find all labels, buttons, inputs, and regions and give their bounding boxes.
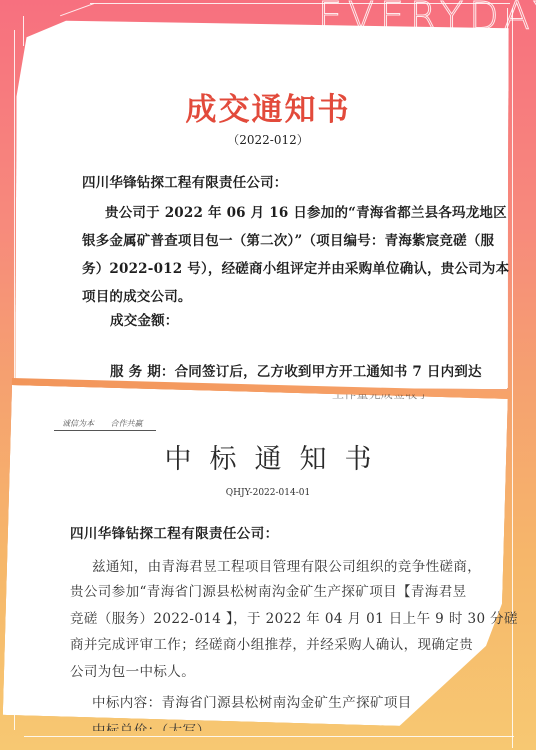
transaction-notice-number: （2022-012） xyxy=(0,131,536,148)
transaction-amount-label: 成交金额： xyxy=(110,309,179,329)
frame-line-top xyxy=(90,3,510,4)
frame-line-left-inner xyxy=(23,16,24,46)
transaction-notice-body-line: 银多金属矿普查项目包一（第二次）”（项目编号：青海紫宸竞磋（服 xyxy=(82,229,494,249)
transaction-notice-title: 成交通知书 xyxy=(0,84,536,129)
transaction-notice-body-line: 项目的成交公司。 xyxy=(82,285,192,305)
service-period-line: 服 务 期：合同签订后，乙方收到甲方开工通知书 7 日内到达 xyxy=(110,360,482,380)
bid-award-notice-recipient: 四川华锋钻探工程有限责任公司： xyxy=(70,522,279,542)
bid-content-line: 中标内容：青海省门源县松树南沟金矿生产探矿项目 xyxy=(92,691,412,711)
bid-award-notice-body-line: 商并完成评审工作；经磋商小组推荐，并经采购人确认，现确定贵 xyxy=(70,633,473,653)
bid-award-notice-body-line: 贵公司参加“青海省门源县松树南沟金矿生产探矿项目【青海君昱 xyxy=(70,580,467,600)
bid-award-notice-body-line: 兹通知，由青海君昱工程项目管理有限公司组织的竞争性磋商， xyxy=(92,555,481,575)
frame-line-top-diagonal xyxy=(60,3,94,16)
transaction-notice-body-line: 务）2022-012 号），经磋商小组评定并由采购单位确认，贵公司为本 xyxy=(82,257,509,277)
bid-award-notice-number: QHJY-2022-014-01 xyxy=(0,488,536,498)
motto-underline xyxy=(54,430,156,431)
transaction-notice-recipient: 四川华锋钻探工程有限责任公司： xyxy=(82,171,288,191)
transaction-notice-body-line: 贵公司于 2022 年 06 月 16 日参加的“青海省都兰县各玛龙地区 xyxy=(105,201,507,221)
bid-award-notice-body-line: 竞磋（服务）2022-014 】，于 2022 年 04 月 01 日上午 9 … xyxy=(70,607,518,627)
bid-award-notice-body-line: 公司为包一中标人。 xyxy=(70,660,195,680)
bid-award-notice-title: 中标通知书 xyxy=(0,437,536,476)
frame-line-bottom xyxy=(24,736,514,737)
company-motto: 诚信为本 合作共赢 xyxy=(62,418,143,429)
